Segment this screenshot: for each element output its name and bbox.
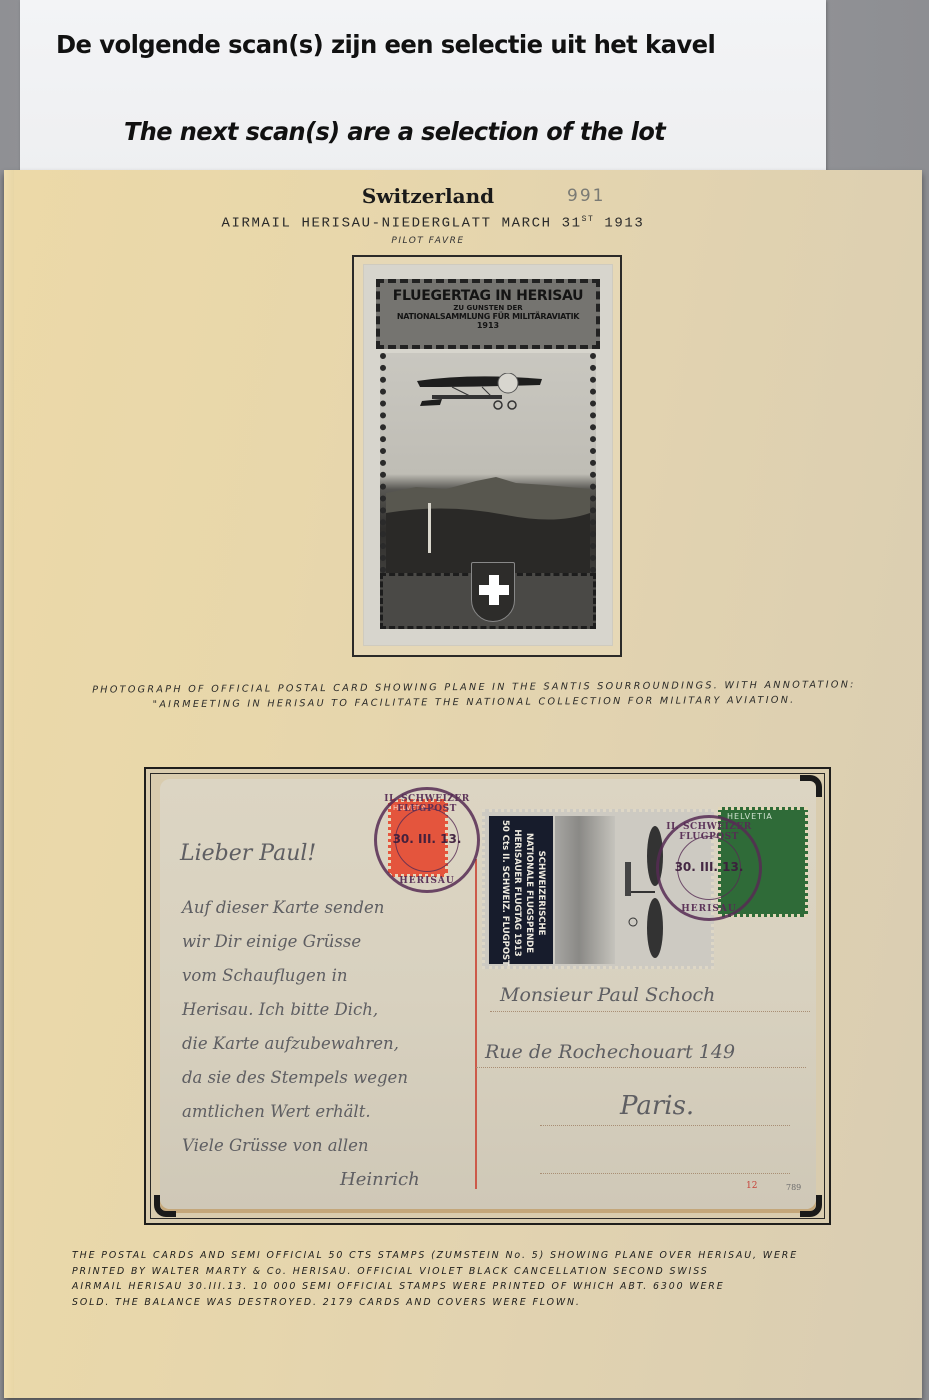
postcard-mount-frame: Lieber Paul! Auf dieser Karte senden wir…	[144, 767, 831, 1225]
vignette-mountain-image	[555, 816, 615, 964]
postmark-top-text: II. SCHWEIZER FLUGPOST	[659, 822, 759, 842]
lot-notice-label: De volgende scan(s) zijn een selectie ui…	[20, 0, 826, 172]
vignette-title-panel: FLUEGERTAG IN HERISAU ZU GUNSTEN DER NAT…	[376, 279, 600, 349]
caption-line: AIRMAIL HERISAU 30.III.13. 10 000 SEMI O…	[72, 1279, 929, 1295]
photo-corner	[154, 1195, 176, 1217]
postcard-caption: THE POSTAL CARDS AND SEMI OFFICIAL 50 CT…	[72, 1248, 929, 1310]
message-line: Herisau. Ich bitte Dich,	[182, 993, 408, 1027]
address-dotted-line	[490, 1011, 810, 1012]
caption-line: THE POSTAL CARDS AND SEMI OFFICIAL 50 CT…	[72, 1248, 929, 1264]
handwritten-greeting: Lieber Paul!	[180, 841, 316, 866]
stamp-label: HELVETIA	[727, 812, 773, 821]
vignette-stamp-text: SCHWEIZERISCHE NATIONALE FLUGSPENDE HERI…	[499, 818, 547, 968]
lot-number: 991	[567, 186, 605, 206]
postcard-photo-frame: FLUEGERTAG IN HERISAU ZU GUNSTEN DER NAT…	[352, 255, 622, 657]
handwritten-message: Auf dieser Karte senden wir Dir einige G…	[182, 891, 408, 1163]
page-subtitle-route: AIRMAIL HERISAU-NIEDERGLATT MARCH 31ST 1…	[4, 215, 922, 232]
vignette-stamp-line: HERISAUER FLUGTAG 1913	[511, 818, 523, 968]
postmark-top-text: II. SCHWEIZER FLUGPOST	[377, 794, 477, 814]
message-line: wir Dir einige Grüsse	[182, 925, 408, 959]
vignette-landscape	[380, 353, 596, 573]
message-line: Viele Grüsse von allen	[182, 1129, 408, 1163]
vignette-subtitle: ZU GUNSTEN DER	[380, 304, 596, 312]
notice-english-text: The next scan(s) are a selection of the …	[124, 117, 748, 146]
message-line: da sie des Stempels wegen	[182, 1061, 408, 1095]
vignette-bottom-panel	[380, 573, 596, 629]
handwritten-signature: Heinrich	[340, 1169, 420, 1190]
vignette-line3: NATIONALSAMMLUNG FÜR MILITÄRAVIATIK	[380, 312, 596, 321]
caption-line: SOLD. THE BALANCE WAS DESTROYED. 2179 CA…	[72, 1295, 929, 1311]
address-line-name: Monsieur Paul Schoch	[500, 984, 715, 1006]
santis-mountains-image	[386, 473, 590, 573]
photo-caption: PHOTOGRAPH OF OFFICIAL POSTAL CARD SHOWI…	[74, 677, 874, 713]
flown-postcard: Lieber Paul! Auf dieser Karte senden wir…	[160, 779, 816, 1209]
vignette-stamp-line: 50 Cts II. SCHWEIZ. FLUGPOST	[499, 818, 511, 968]
card-code: 789	[786, 1183, 801, 1192]
vignette-stamp-line: NATIONALE FLUGSPENDE	[523, 818, 535, 968]
airplane-icon	[412, 373, 552, 413]
herisau-postmark: II. SCHWEIZER FLUGPOST 30. III. 13. HERI…	[656, 815, 762, 921]
postmark-bottom-text: HERISAU	[659, 904, 759, 914]
notice-dutch-text: De volgende scan(s) zijn een selectie ui…	[56, 30, 764, 59]
message-line: amtlichen Wert erhält.	[182, 1095, 408, 1129]
herisau-postmark: II. SCHWEIZER FLUGPOST 30. III. 13. HERI…	[374, 787, 480, 893]
route-year: 1913	[594, 216, 644, 232]
route-text: AIRMAIL HERISAU-NIEDERGLATT MARCH 31	[222, 216, 582, 232]
vignette-year: 1913	[380, 321, 596, 330]
postmark-date: 30. III. 13.	[659, 860, 759, 874]
address-line-street: Rue de Rochechouart 149	[485, 1041, 735, 1063]
address-line-city: Paris.	[620, 1091, 694, 1121]
vignette-title: FLUEGERTAG IN HERISAU	[380, 288, 596, 304]
postmark-date: 30. III. 13.	[377, 832, 477, 846]
address-dotted-line	[476, 1067, 806, 1068]
swiss-cross-shield-icon	[471, 562, 515, 622]
postcard-divider-line	[475, 859, 477, 1189]
album-page: Switzerland 991 AIRMAIL HERISAU-NIEDERGL…	[4, 170, 922, 1398]
photo-corner	[800, 775, 822, 797]
address-dotted-line	[540, 1173, 790, 1174]
vignette-stamp-line: SCHWEIZERISCHE	[535, 818, 547, 968]
message-line: vom Schauflugen in	[182, 959, 408, 993]
message-line: Auf dieser Karte senden	[182, 891, 408, 925]
address-dotted-line	[540, 1125, 790, 1126]
postcard-photo: FLUEGERTAG IN HERISAU ZU GUNSTEN DER NAT…	[364, 265, 612, 645]
route-suffix: ST	[582, 215, 595, 224]
photo-corner	[800, 1195, 822, 1217]
page-title-country: Switzerland	[4, 184, 922, 208]
caption-line: PRINTED BY WALTER MARTY & Co. HERISAU. O…	[72, 1264, 929, 1280]
message-line: die Karte aufzubewahren,	[182, 1027, 408, 1061]
card-number: 12	[746, 1181, 757, 1191]
pilot-name: PILOT FAVRE	[4, 236, 922, 246]
postmark-bottom-text: HERISAU	[377, 876, 477, 886]
